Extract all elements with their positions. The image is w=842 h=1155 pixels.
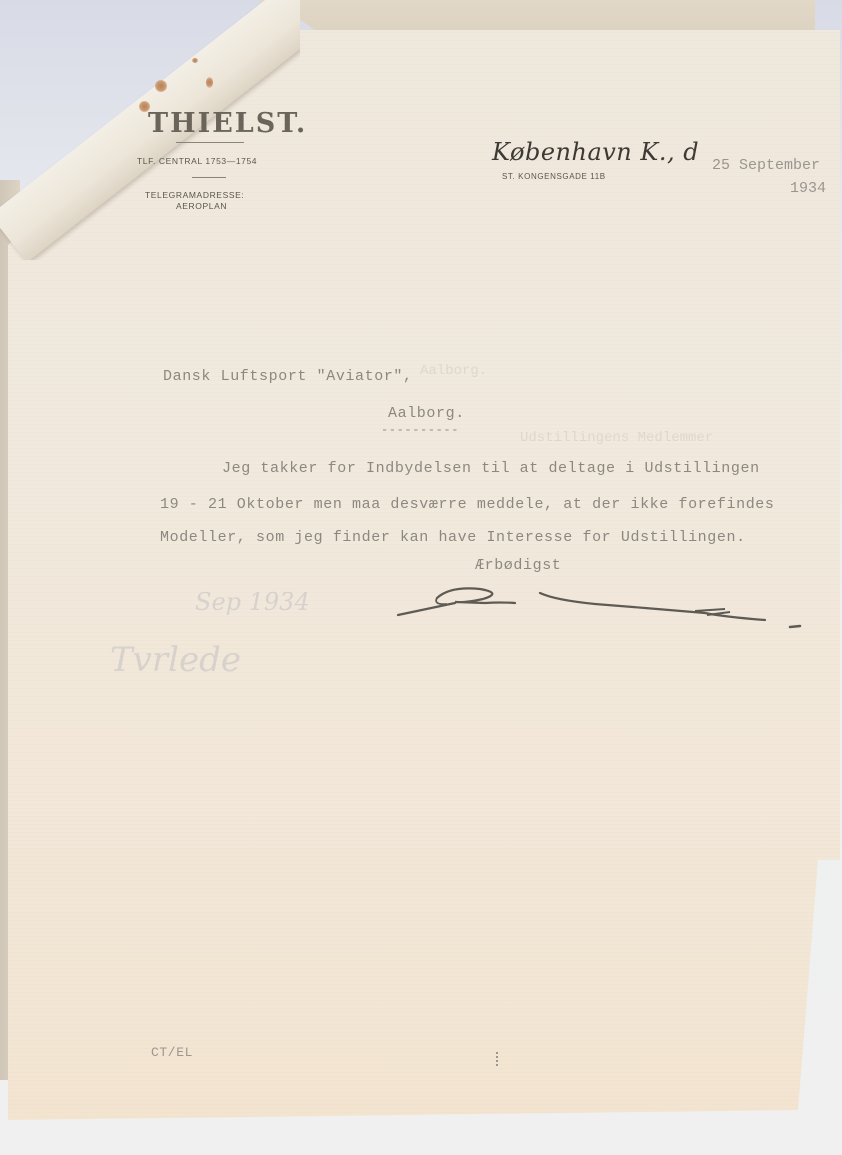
typist-initials: CT/EL xyxy=(151,1045,193,1060)
faint-pencil-note: Tvrlede xyxy=(110,640,241,680)
staple-mark xyxy=(496,1052,501,1066)
rust-stain xyxy=(192,58,198,63)
body-line-3: Modeller, som jeg finder kan have Intere… xyxy=(160,529,746,546)
letterhead-city: København K., d xyxy=(492,138,699,166)
letterhead-telegram-value: AEROPLAN xyxy=(176,201,227,211)
recipient-name: Dansk Luftsport "Aviator", xyxy=(163,368,413,385)
date-day-month: 25 September xyxy=(712,157,820,174)
rust-stain xyxy=(206,77,213,88)
signature-icon xyxy=(395,585,805,640)
rust-stain xyxy=(155,80,167,92)
valediction: Ærbødigst xyxy=(475,557,561,574)
recipient-city: Aalborg. xyxy=(388,405,465,422)
body-line-2: 19 - 21 Oktober men maa desværre meddele… xyxy=(160,496,775,513)
bleed-through-text: Aalborg. xyxy=(420,363,487,379)
date-year: 1934 xyxy=(790,180,826,197)
letterhead-telegram-label: TELEGRAMADRESSE: xyxy=(145,190,244,200)
faint-pencil-note: Sep 1934 xyxy=(195,588,310,616)
letterhead-phone: TLF. CENTRAL 1753—1754 xyxy=(137,156,257,166)
letterhead-company-name: THIELST. xyxy=(148,108,307,139)
recipient-underline: ---------- xyxy=(381,423,459,437)
letterhead-rule-short xyxy=(192,177,226,178)
bleed-through-text: Udstillingens Medlemmer xyxy=(520,430,713,446)
body-line-1: Jeg takker for Indbydelsen til at deltag… xyxy=(222,460,760,477)
letterhead-rule xyxy=(176,142,244,143)
letterhead-address: ST. KONGENSGADE 11B xyxy=(502,172,606,181)
